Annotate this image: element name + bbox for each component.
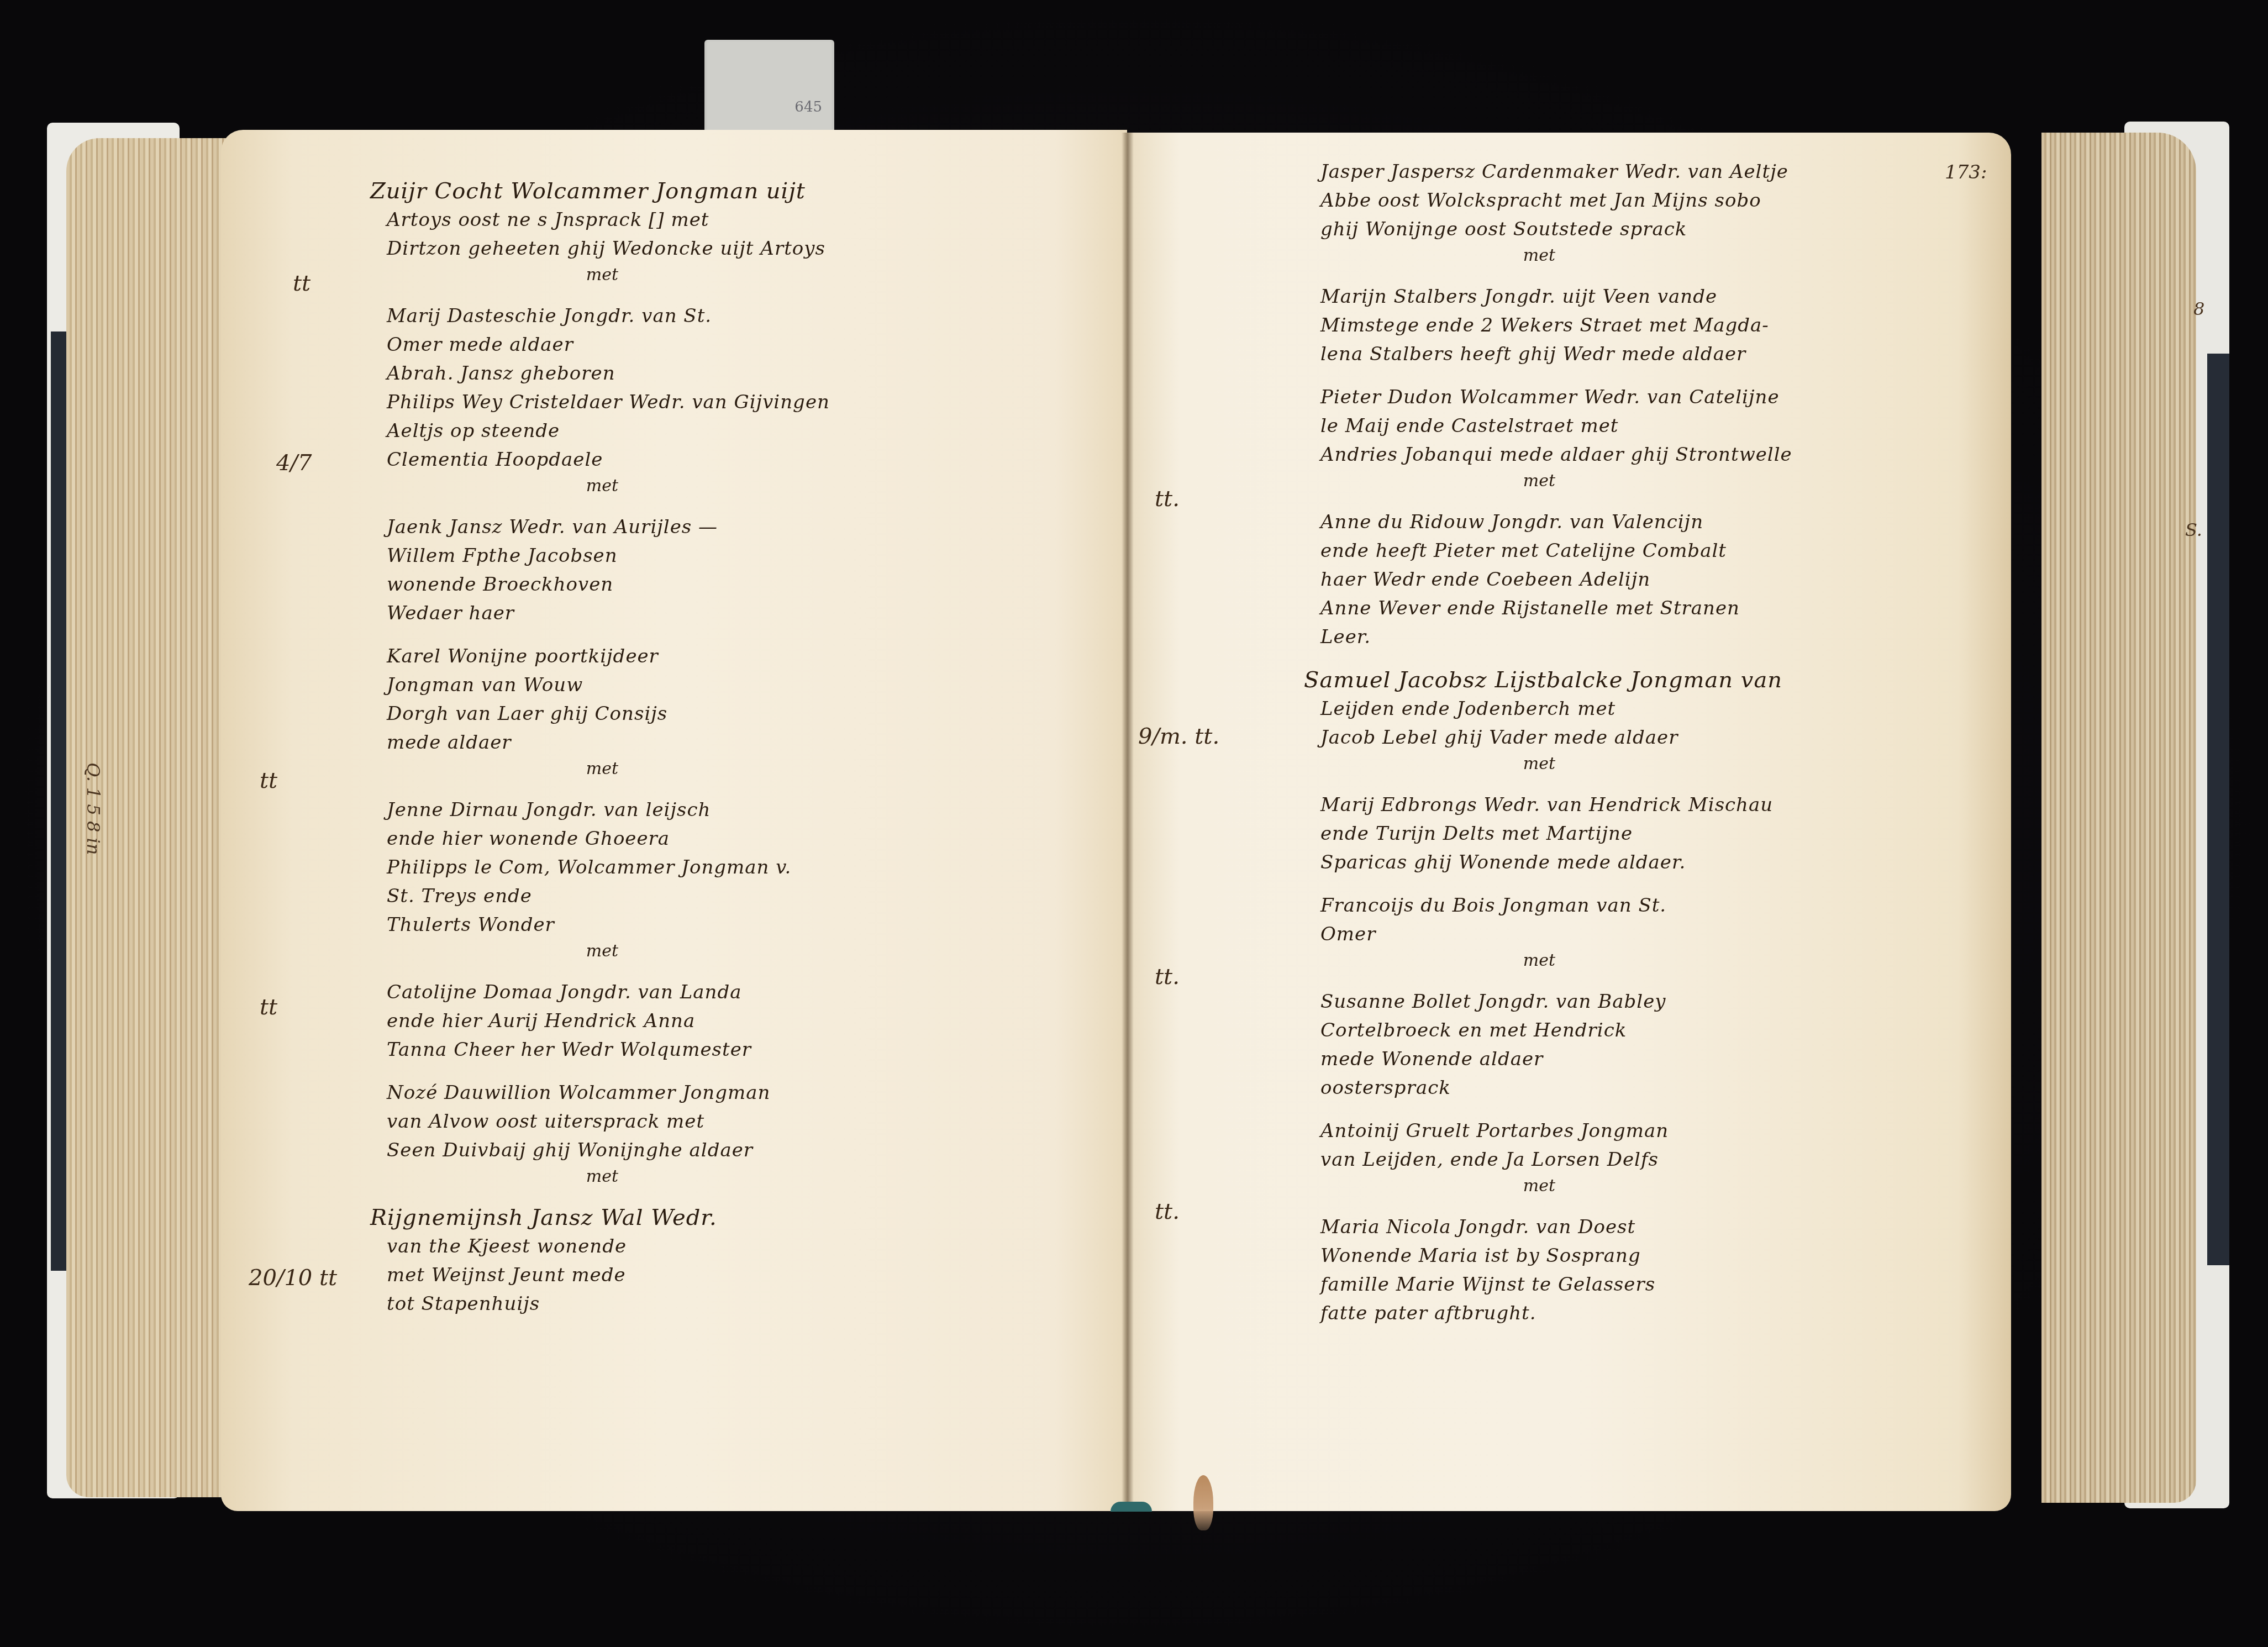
entry-line: Marij Edbrongs Wedr. van Hendrick Mischa… bbox=[1320, 791, 2050, 819]
entry-line: Jaenk Jansz Wedr. van Aurijles — bbox=[387, 513, 1105, 541]
register-entry: Maria Nicola Jongdr. van Doest Wonende M… bbox=[1320, 1213, 2050, 1328]
entry-line: Zuijr Cocht Wolcammer Jongman uijt bbox=[370, 177, 1105, 206]
entry-line: Cortelbroeck en met Hendrick bbox=[1320, 1016, 2050, 1045]
entry-line: lena Stalbers heeft ghij Wedr mede aldae… bbox=[1320, 340, 2050, 369]
entry-line: Marijn Stalbers Jongdr. uijt Veen vande bbox=[1320, 282, 2050, 311]
entry-connector: met bbox=[387, 474, 818, 498]
entry-line: van Alvow oost uitersprack met bbox=[387, 1107, 1105, 1136]
entry-line: Anne du Ridouw Jongdr. van Valencijn bbox=[1320, 508, 2050, 536]
entry-line: haer Wedr ende Coebeen Adelijn bbox=[1320, 565, 2050, 594]
tab-pencil-mark: 645 bbox=[794, 99, 822, 115]
entry-line: Wedaer haer bbox=[387, 599, 1105, 628]
entry-line: oostersprack bbox=[1320, 1074, 2050, 1102]
entry-connector: met bbox=[1320, 244, 1758, 268]
register-entry: Zuijr Cocht Wolcammer Jongman uijt Artoy… bbox=[387, 177, 1105, 287]
entry-connector: met bbox=[1320, 752, 1758, 776]
entry-line: St. Treys ende bbox=[387, 882, 1105, 911]
entry-line: Catolijne Domaa Jongdr. van Landa bbox=[387, 978, 1105, 1007]
entry-line: Samuel Jacobsz Lijstbalcke Jongman van bbox=[1304, 666, 2050, 694]
entry-line: ende hier wonende Ghoeera bbox=[387, 824, 1105, 853]
entry-line: Seen Duivbaij ghij Wonijnghe aldaer bbox=[387, 1136, 1105, 1165]
entry-line: mede Wonende aldaer bbox=[1320, 1045, 2050, 1074]
register-entry: Nozé Dauwillion Wolcammer Jongman van Al… bbox=[387, 1078, 1105, 1189]
right-page-entries: Jasper Jaspersz Cardenmaker Wedr. van Ae… bbox=[1320, 157, 2050, 1342]
entry-line: Abbe oost Wolckspracht met Jan Mijns sob… bbox=[1320, 186, 2050, 215]
entry-line: wonende Broeckhoven bbox=[387, 570, 1105, 599]
entry-line: Susanne Bollet Jongdr. van Babley bbox=[1320, 987, 2050, 1016]
entry-line: tot Stapenhuijs bbox=[387, 1290, 1105, 1318]
entry-line: fatte pater aftbrught. bbox=[1320, 1299, 2050, 1328]
register-entry: Karel Wonijne poortkijdeer Jongman van W… bbox=[387, 642, 1105, 781]
entry-line: Maria Nicola Jongdr. van Doest bbox=[1320, 1213, 2050, 1241]
register-entry: Samuel Jacobsz Lijstbalcke Jongman van L… bbox=[1320, 666, 2050, 776]
right-page-block-edges bbox=[2041, 133, 2196, 1503]
register-entry: Marij Edbrongs Wedr. van Hendrick Mischa… bbox=[1320, 791, 2050, 877]
entry-line: Anne Wever ende Rijstanelle met Stranen bbox=[1320, 594, 2050, 623]
entry-line: ghij Wonijnge oost Soutstede sprack bbox=[1320, 215, 2050, 244]
entry-line: le Maij ende Castelstraet met bbox=[1320, 412, 2050, 440]
entry-line: Rijgnemijnsh Jansz Wal Wedr. bbox=[370, 1203, 1105, 1232]
left-page-entries: Zuijr Cocht Wolcammer Jongman uijt Artoy… bbox=[387, 177, 1105, 1333]
right-edge-note-2: S. bbox=[2185, 519, 2202, 540]
entry-line: Jenne Dirnau Jongdr. van leijsch bbox=[387, 796, 1105, 824]
register-entry: Rijgnemijnsh Jansz Wal Wedr. van the Kje… bbox=[387, 1203, 1105, 1318]
entry-line: Francoijs du Bois Jongman van St. bbox=[1320, 891, 2050, 920]
register-entry: Marijn Stalbers Jongdr. uijt Veen vande … bbox=[1320, 282, 2050, 369]
entry-line: van Leijden, ende Ja Lorsen Delfs bbox=[1320, 1145, 2050, 1174]
entry-line: Nozé Dauwillion Wolcammer Jongman bbox=[387, 1078, 1105, 1107]
margin-note: 4/7 bbox=[276, 450, 312, 476]
margin-note: tt. bbox=[1155, 964, 1180, 990]
entry-line: famille Marie Wijnst te Gelassers bbox=[1320, 1270, 2050, 1299]
entry-line: Philips Wey Cristeldaer Wedr. van Gijvin… bbox=[387, 388, 1105, 417]
margin-note: tt bbox=[293, 271, 311, 296]
entry-connector: met bbox=[1320, 469, 1758, 493]
register-entry: Marij Dasteschie Jongdr. van St. Omer me… bbox=[387, 302, 1105, 498]
register-entry: Antoinij Gruelt Portarbes Jongman van Le… bbox=[1320, 1117, 2050, 1198]
entry-line: Dorgh van Laer ghij Consijs bbox=[387, 699, 1105, 728]
entry-line: Pieter Dudon Wolcammer Wedr. van Catelij… bbox=[1320, 383, 2050, 412]
entry-line: Karel Wonijne poortkijdeer bbox=[387, 642, 1105, 671]
entry-connector: met bbox=[387, 939, 818, 964]
entry-line: ende heeft Pieter met Catelijne Combalt bbox=[1320, 536, 2050, 565]
entry-line: Sparicas ghij Wonende mede aldaer. bbox=[1320, 848, 2050, 877]
register-entry: Pieter Dudon Wolcammer Wedr. van Catelij… bbox=[1320, 383, 2050, 493]
margin-note: tt. bbox=[1155, 1199, 1180, 1224]
entry-line: Jacob Lebel ghij Vader mede aldaer bbox=[1320, 723, 2050, 752]
entry-line: Dirtzon geheeten ghij Wedoncke uijt Arto… bbox=[387, 234, 1105, 263]
ink-stain bbox=[1193, 1475, 1213, 1530]
margin-note: tt bbox=[260, 994, 277, 1020]
entry-line: Thulerts Wonder bbox=[387, 911, 1105, 939]
entry-line: Antoinij Gruelt Portarbes Jongman bbox=[1320, 1117, 2050, 1145]
entry-line: mede aldaer bbox=[387, 728, 1105, 757]
entry-line: Leer. bbox=[1320, 623, 2050, 651]
entry-line: Mimstege ende 2 Wekers Straet met Magda- bbox=[1320, 311, 2050, 340]
register-entry: Jasper Jaspersz Cardenmaker Wedr. van Ae… bbox=[1320, 157, 2050, 268]
margin-note: 9/m. tt. bbox=[1138, 724, 1219, 749]
book-gutter bbox=[1122, 133, 1134, 1508]
entry-connector: met bbox=[1320, 949, 1758, 973]
entry-line: Willem Fpthe Jacobsen bbox=[387, 541, 1105, 570]
entry-connector: met bbox=[387, 757, 818, 781]
entry-line: Jongman van Wouw bbox=[387, 671, 1105, 699]
right-binding-cloth bbox=[2207, 354, 2229, 1265]
left-edge-note: Q. 1 5 8 in bbox=[83, 762, 104, 855]
entry-connector: met bbox=[387, 263, 818, 287]
entry-line: Jasper Jaspersz Cardenmaker Wedr. van Ae… bbox=[1320, 157, 2050, 186]
entry-line: ende Turijn Delts met Martijne bbox=[1320, 819, 2050, 848]
register-entry: Francoijs du Bois Jongman van St. Omer m… bbox=[1320, 891, 2050, 973]
entry-line: Aeltjs op steende bbox=[387, 417, 1105, 445]
entry-line: Abrah. Jansz gheboren bbox=[387, 359, 1105, 388]
entry-line: met Weijnst Jeunt mede bbox=[387, 1261, 1105, 1290]
register-entry: Jaenk Jansz Wedr. van Aurijles — Willem … bbox=[387, 513, 1105, 628]
register-entry: Susanne Bollet Jongdr. van Babley Cortel… bbox=[1320, 987, 2050, 1102]
archival-paper-tab: 645 bbox=[704, 40, 834, 136]
entry-line: Leijden ende Jodenberch met bbox=[1320, 694, 2050, 723]
entry-line: Marij Dasteschie Jongdr. van St. bbox=[387, 302, 1105, 330]
entry-line: Andries Jobanqui mede aldaer ghij Stront… bbox=[1320, 440, 2050, 469]
entry-line: Philipps le Com, Wolcammer Jongman v. bbox=[387, 853, 1105, 882]
entry-connector: met bbox=[1320, 1174, 1758, 1198]
entry-connector: met bbox=[387, 1165, 818, 1189]
right-edge-note-1: 8 bbox=[2193, 298, 2204, 319]
entry-line: Omer mede aldaer bbox=[387, 330, 1105, 359]
entry-line: Wonende Maria ist by Sosprang bbox=[1320, 1241, 2050, 1270]
margin-note: tt. bbox=[1155, 486, 1180, 512]
entry-line: Artoys oost ne s Jnsprack [] met bbox=[387, 206, 1105, 234]
margin-note: 20/10 tt bbox=[249, 1265, 337, 1291]
spine-lining bbox=[1111, 1502, 1152, 1512]
entry-line: van the Kjeest wonende bbox=[387, 1232, 1105, 1261]
entry-line: ende hier Aurij Hendrick Anna bbox=[387, 1007, 1105, 1035]
entry-line: Clementia Hoopdaele bbox=[387, 445, 1105, 474]
entry-line: Omer bbox=[1320, 920, 2050, 949]
entry-line: Tanna Cheer her Wedr Wolqumester bbox=[387, 1035, 1105, 1064]
register-entry: Jenne Dirnau Jongdr. van leijsch ende hi… bbox=[387, 796, 1105, 964]
register-entry: Catolijne Domaa Jongdr. van Landa ende h… bbox=[387, 978, 1105, 1064]
register-entry: Anne du Ridouw Jongdr. van Valencijn end… bbox=[1320, 508, 2050, 651]
margin-note: tt bbox=[260, 768, 277, 793]
